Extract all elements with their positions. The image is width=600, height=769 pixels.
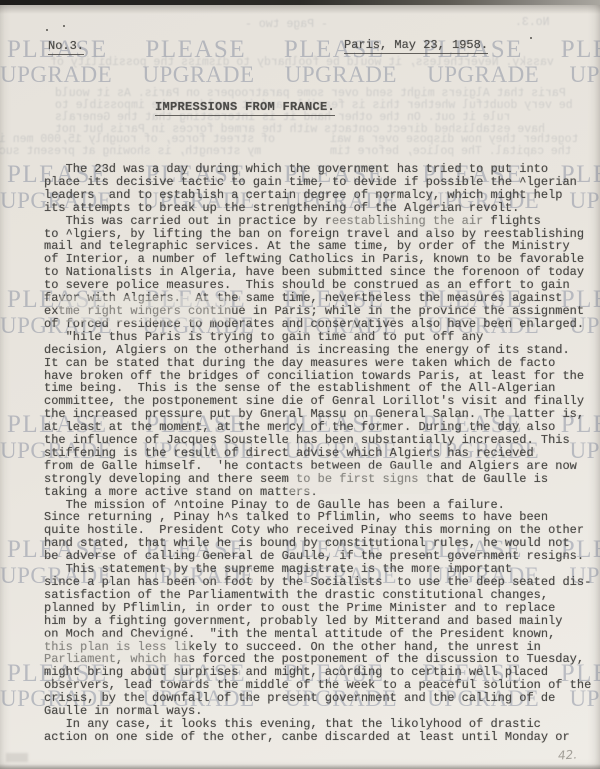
scanned-document-page: - Page two - No.3. vassky. Nevertheless,…	[0, 0, 600, 769]
pencil-smudge	[6, 753, 28, 762]
document-title-text: IMPRESSIONS FROM FRANCE.	[155, 100, 335, 116]
pencil-page-number: 42.	[558, 747, 578, 762]
scan-bottom-edge-shadow	[0, 764, 600, 769]
bleedthrough-line: the capital. The police, before tim	[330, 145, 572, 158]
ink-speck	[63, 25, 65, 27]
ink-speck	[530, 37, 532, 39]
watermark-row-please: PLEASE PLEASE PLEASE PLEASE PLEASE	[7, 36, 600, 64]
bleedthrough-line: No.3.	[515, 16, 550, 29]
scan-top-edge-fade	[0, 5, 600, 14]
document-title: IMPRESSIONS FROM FRANCE.	[155, 100, 335, 114]
dateline-text: Paris, May 23, 1958.	[344, 38, 488, 54]
bleedthrough-line: - Page two -	[245, 18, 328, 31]
body-text: The 23d was a day during which the gover…	[44, 163, 600, 744]
ink-speck	[46, 29, 48, 31]
bleedthrough-line: my strength, is showing at present such	[0, 145, 261, 158]
document-number: No.3.	[48, 39, 84, 53]
document-number-text: No.3.	[48, 39, 84, 55]
watermark-row-upgrade: UPGRADE UPGRADE UPGRADE UPGRADE UPGRADE	[0, 62, 600, 88]
dateline: Paris, May 23, 1958.	[344, 38, 488, 52]
